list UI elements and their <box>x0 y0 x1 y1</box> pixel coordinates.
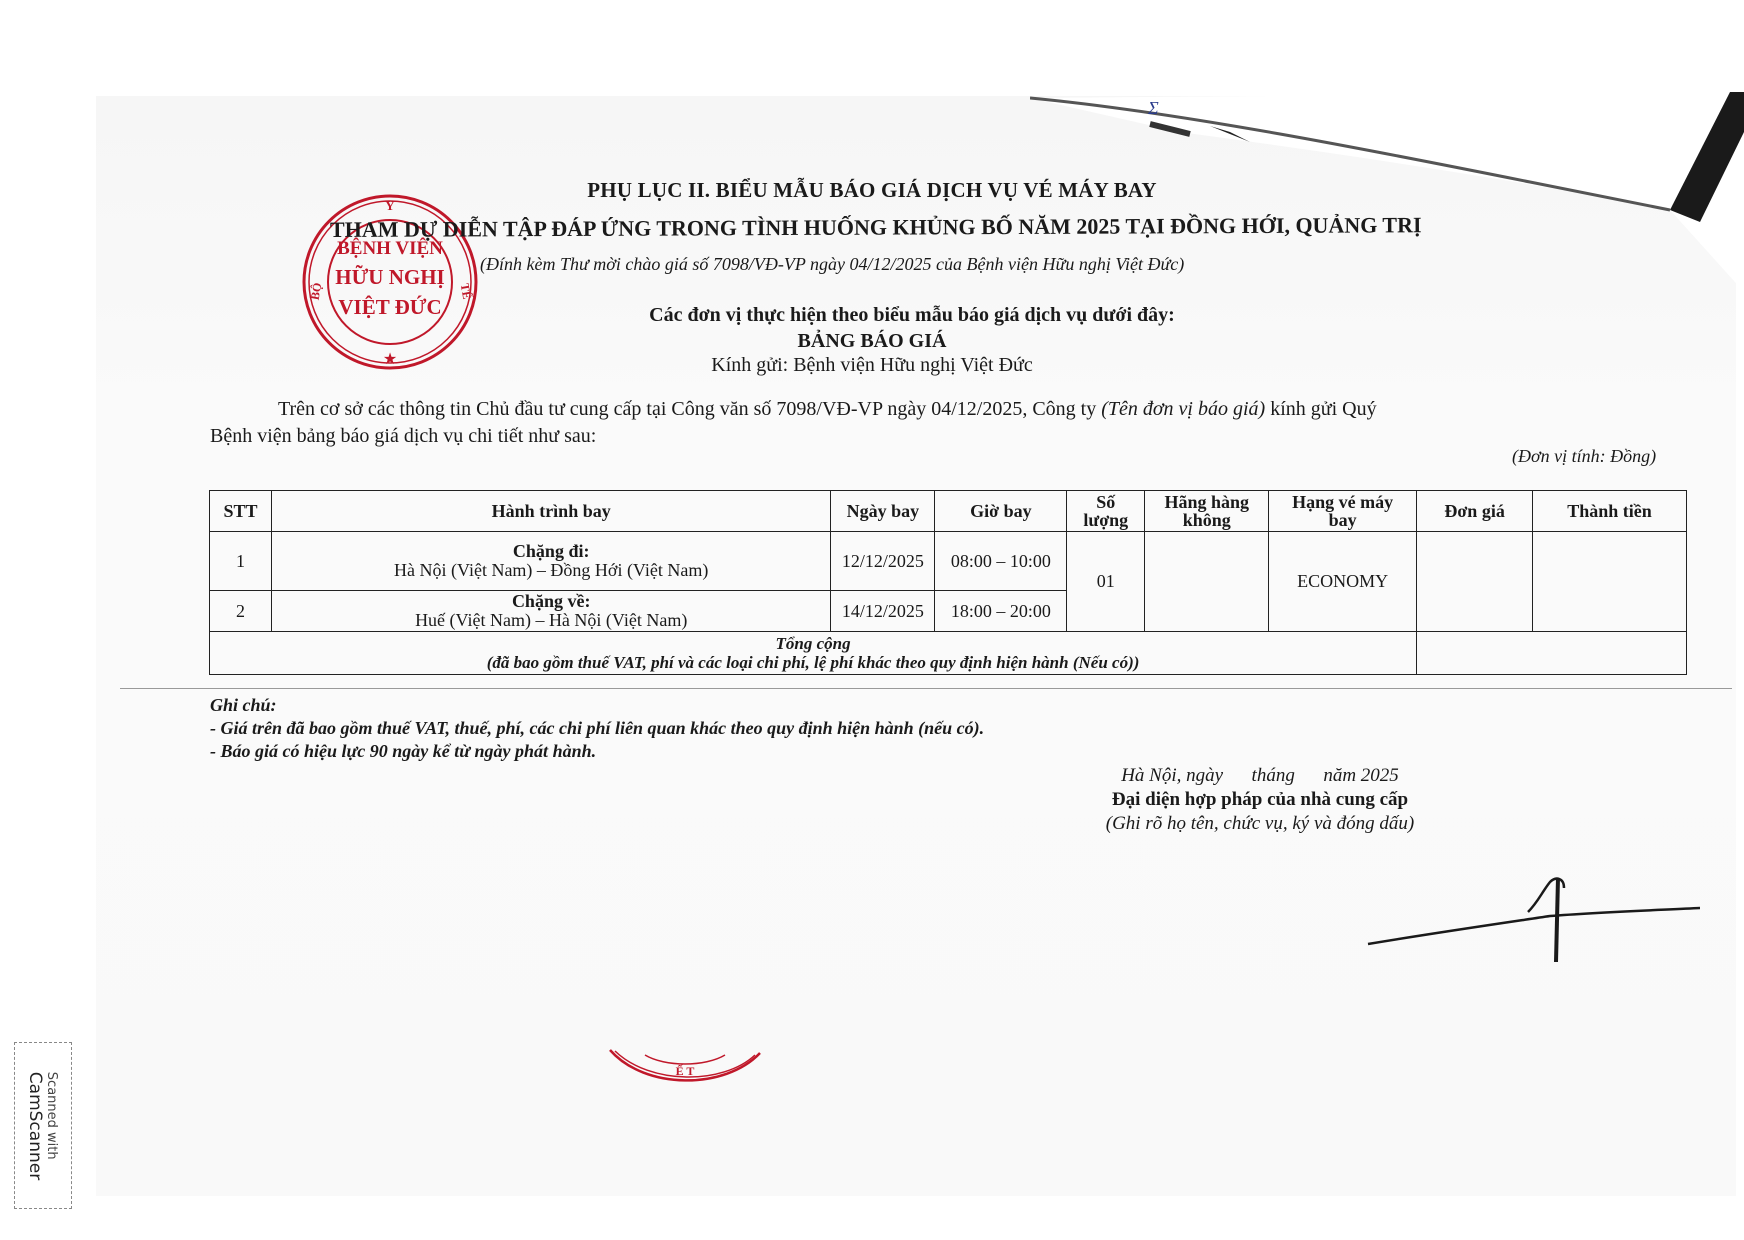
camscanner-watermark: Scanned with CamScanner <box>14 1042 72 1209</box>
signature-role: Đại diện hợp pháp của nhà cung cấp <box>1060 788 1460 812</box>
stamp-ring-left: BỘ <box>308 282 325 302</box>
note-item: - Giá trên đã bao gồm thuế VAT, thuế, ph… <box>210 717 984 740</box>
notes-title: Ghi chú: <box>210 694 984 717</box>
intro-paragraph-line-2: Bệnh viện bảng báo giá dịch vụ chi tiết … <box>210 425 596 448</box>
row-stt: 2 <box>210 591 272 632</box>
header-amount: Thành tiền <box>1533 491 1687 532</box>
svg-text:Ế T: Ế T <box>676 1063 695 1078</box>
currency-unit: (Đơn vị tính: Đồng) <box>1512 446 1656 467</box>
form-title: BẢNG BÁO GIÁ <box>0 330 1744 353</box>
amount-cell[interactable] <box>1533 532 1687 632</box>
stamp-ring-right: TẾ <box>458 282 476 300</box>
row-route: Chặng về:Huế (Việt Nam) – Hà Nội (Việt N… <box>271 591 830 632</box>
row-stt: 1 <box>210 532 272 591</box>
signature-block: Hà Nội, ngày tháng năm 2025 Đại diện hợp… <box>1060 764 1460 836</box>
intro-text-a: Trên cơ sở các thông tin Chủ đầu tư cung… <box>278 398 1101 420</box>
quantity-cell: 01 <box>1067 532 1145 632</box>
row-time: 18:00 – 20:00 <box>935 591 1067 632</box>
divider-line <box>120 688 1732 689</box>
header-date: Ngày bay <box>831 491 935 532</box>
header-route: Hành trình bay <box>271 491 830 532</box>
watermark-small-text: Scanned with <box>43 1071 59 1179</box>
note-item: - Báo giá có hiệu lực 90 ngày kể từ ngày… <box>210 740 984 763</box>
quotation-table: STT Hành trình bay Ngày bay Giờ bay Sốlư… <box>209 490 1687 675</box>
row-time: 08:00 – 10:00 <box>935 532 1067 591</box>
row-date: 14/12/2025 <box>831 591 935 632</box>
event-title: THAM DỰ DIỄN TẬP ĐÁP ỨNG TRONG TÌNH HUỐN… <box>330 212 1422 243</box>
header-quantity: Sốlượng <box>1067 491 1145 532</box>
intro-paragraph-line-1: Trên cơ sở các thông tin Chủ đầu tư cung… <box>278 398 1377 421</box>
recipient-line: Kính gửi: Bệnh viện Hữu nghị Việt Đức <box>0 354 1744 377</box>
header-airline: Hãng hàngkhông <box>1145 491 1269 532</box>
airline-cell[interactable] <box>1145 532 1269 632</box>
intro-text-b: kính gửi Quý <box>1265 398 1376 420</box>
total-row: Tổng cộng(đã bao gồm thuế VAT, phí và cá… <box>210 632 1687 675</box>
total-label: Tổng cộng(đã bao gồm thuế VAT, phí và cá… <box>210 632 1417 675</box>
stamp-line-2: HỮU NGHỊ <box>335 265 444 289</box>
notes-section: Ghi chú: - Giá trên đã bao gồm thuế VAT,… <box>210 694 984 763</box>
header-stt: STT <box>210 491 272 532</box>
svg-text:Σ: Σ <box>1147 98 1159 118</box>
instruction-text: Các đơn vị thực hiện theo biểu mẫu báo g… <box>0 304 1744 327</box>
unit-price-cell[interactable] <box>1417 532 1533 632</box>
signature-date-line: Hà Nội, ngày tháng năm 2025 <box>1060 764 1460 788</box>
row-date: 12/12/2025 <box>831 532 935 591</box>
appendix-title: PHỤ LỤC II. BIỂU MẪU BÁO GIÁ DỊCH VỤ VÉ … <box>0 178 1744 203</box>
watermark-brand: CamScanner <box>27 1071 43 1179</box>
company-placeholder: (Tên đơn vị báo giá) <box>1101 398 1265 420</box>
handwritten-signature <box>1360 872 1700 972</box>
header-ticket-class: Hạng vé máybay <box>1269 491 1417 532</box>
table-row: 1 Chặng đi:Hà Nội (Việt Nam) – Đồng Hới … <box>210 532 1687 591</box>
partial-stamp-mark: Ế T <box>605 1045 765 1095</box>
header-unit-price: Đơn giá <box>1417 491 1533 532</box>
signature-instruction: (Ghi rõ họ tên, chức vụ, ký và đóng dấu) <box>1060 812 1460 836</box>
attachment-note: (Đính kèm Thư mời chào giá số 7098/VĐ-VP… <box>480 254 1184 275</box>
header-time: Giờ bay <box>935 491 1067 532</box>
table-header-row: STT Hành trình bay Ngày bay Giờ bay Sốlư… <box>210 491 1687 532</box>
row-route: Chặng đi:Hà Nội (Việt Nam) – Đồng Hới (V… <box>271 532 830 591</box>
ticket-class-cell: ECONOMY <box>1269 532 1417 632</box>
total-value-cell[interactable] <box>1417 632 1687 675</box>
